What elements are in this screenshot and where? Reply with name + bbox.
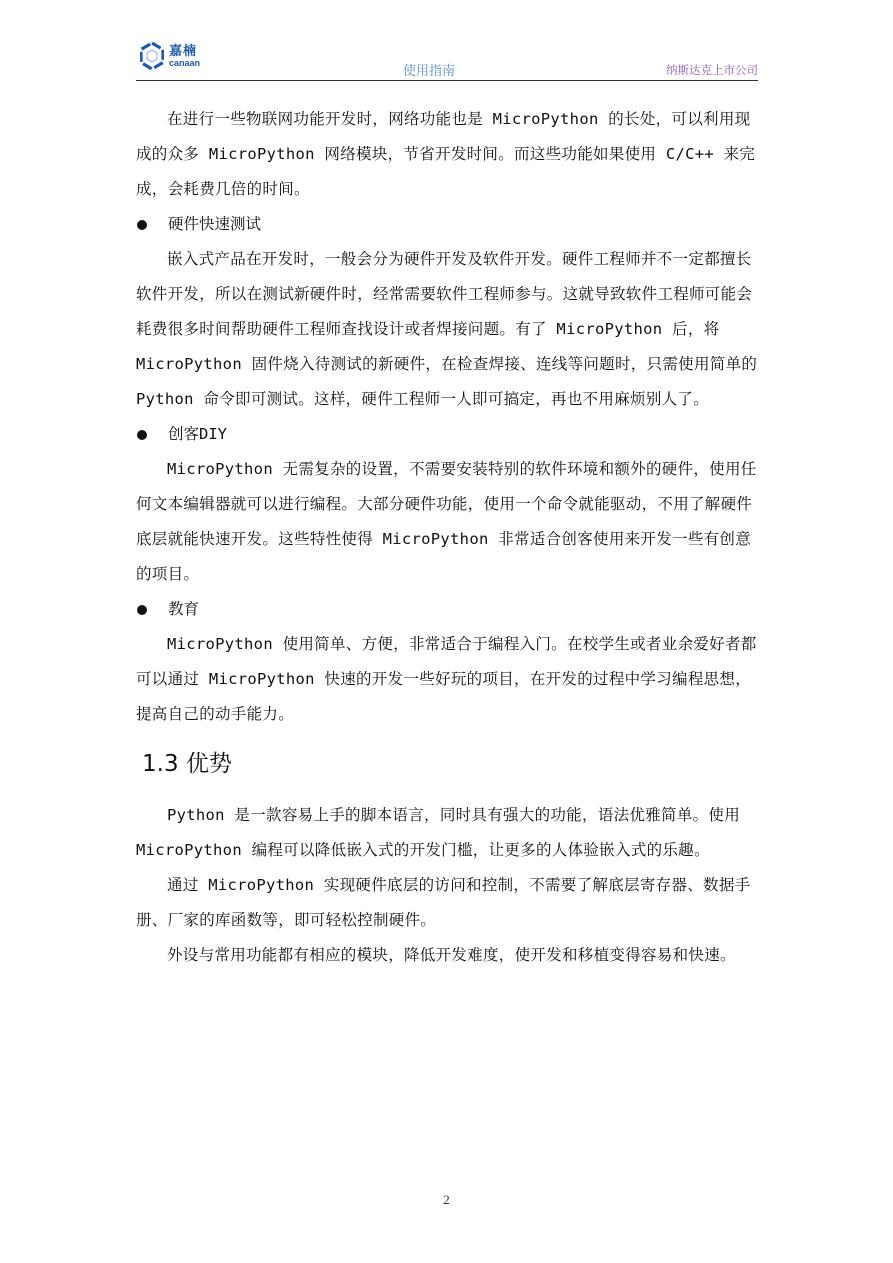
company-tagline: 纳斯达克上市公司 — [666, 62, 758, 78]
bullet-paragraph: MicroPython 使用简单、方便，非常适合于编程入门。在校学生或者业余爱好… — [136, 627, 758, 732]
bullet-paragraph: 嵌入式产品在开发时，一般会分为硬件开发及软件开发。硬件工程师并不一定都擅长软件开… — [136, 242, 758, 417]
bullet-dot-icon — [137, 220, 147, 230]
bullet-title: 创客DIY — [168, 417, 227, 452]
canaan-hexagon-logo-icon — [140, 42, 164, 70]
page-header: 嘉楠 canaan 使用指南 纳斯达克上市公司 — [136, 38, 758, 80]
document-title: 使用指南 — [403, 60, 455, 79]
logo-english-text: canaan — [169, 59, 200, 68]
page-number: 2 — [0, 1192, 893, 1208]
bullet-title: 硬件快速测试 — [168, 207, 261, 242]
document-body: 在进行一些物联网功能开发时，网络功能也是 MicroPython 的长处，可以利… — [136, 102, 758, 973]
intro-paragraph: 在进行一些物联网功能开发时，网络功能也是 MicroPython 的长处，可以利… — [136, 102, 758, 207]
bullet-title: 教育 — [168, 592, 199, 627]
bullet-item-education: 教育 — [136, 592, 758, 627]
section-heading: 1.3 优势 — [142, 744, 758, 784]
bullet-item-hardware-testing: 硬件快速测试 — [136, 207, 758, 242]
header-divider — [136, 80, 758, 81]
bullet-paragraph: MicroPython 无需复杂的设置，不需要安装特别的软件环境和额外的硬件，使… — [136, 452, 758, 592]
document-page: 嘉楠 canaan 使用指南 纳斯达克上市公司 在进行一些物联网功能开发时，网络… — [0, 0, 893, 1263]
section-paragraph: 通过 MicroPython 实现硬件底层的访问和控制，不需要了解底层寄存器、数… — [136, 868, 758, 938]
section-paragraph: Python 是一款容易上手的脚本语言，同时具有强大的功能，语法优雅简单。使用 … — [136, 798, 758, 868]
logo-chinese-text: 嘉楠 — [169, 45, 200, 58]
bullet-dot-icon — [137, 605, 147, 615]
company-logo: 嘉楠 canaan — [140, 42, 200, 70]
section-paragraph: 外设与常用功能都有相应的模块，降低开发难度，使开发和移植变得容易和快速。 — [136, 938, 758, 973]
bullet-item-maker-diy: 创客DIY — [136, 417, 758, 452]
bullet-dot-icon — [137, 430, 147, 440]
